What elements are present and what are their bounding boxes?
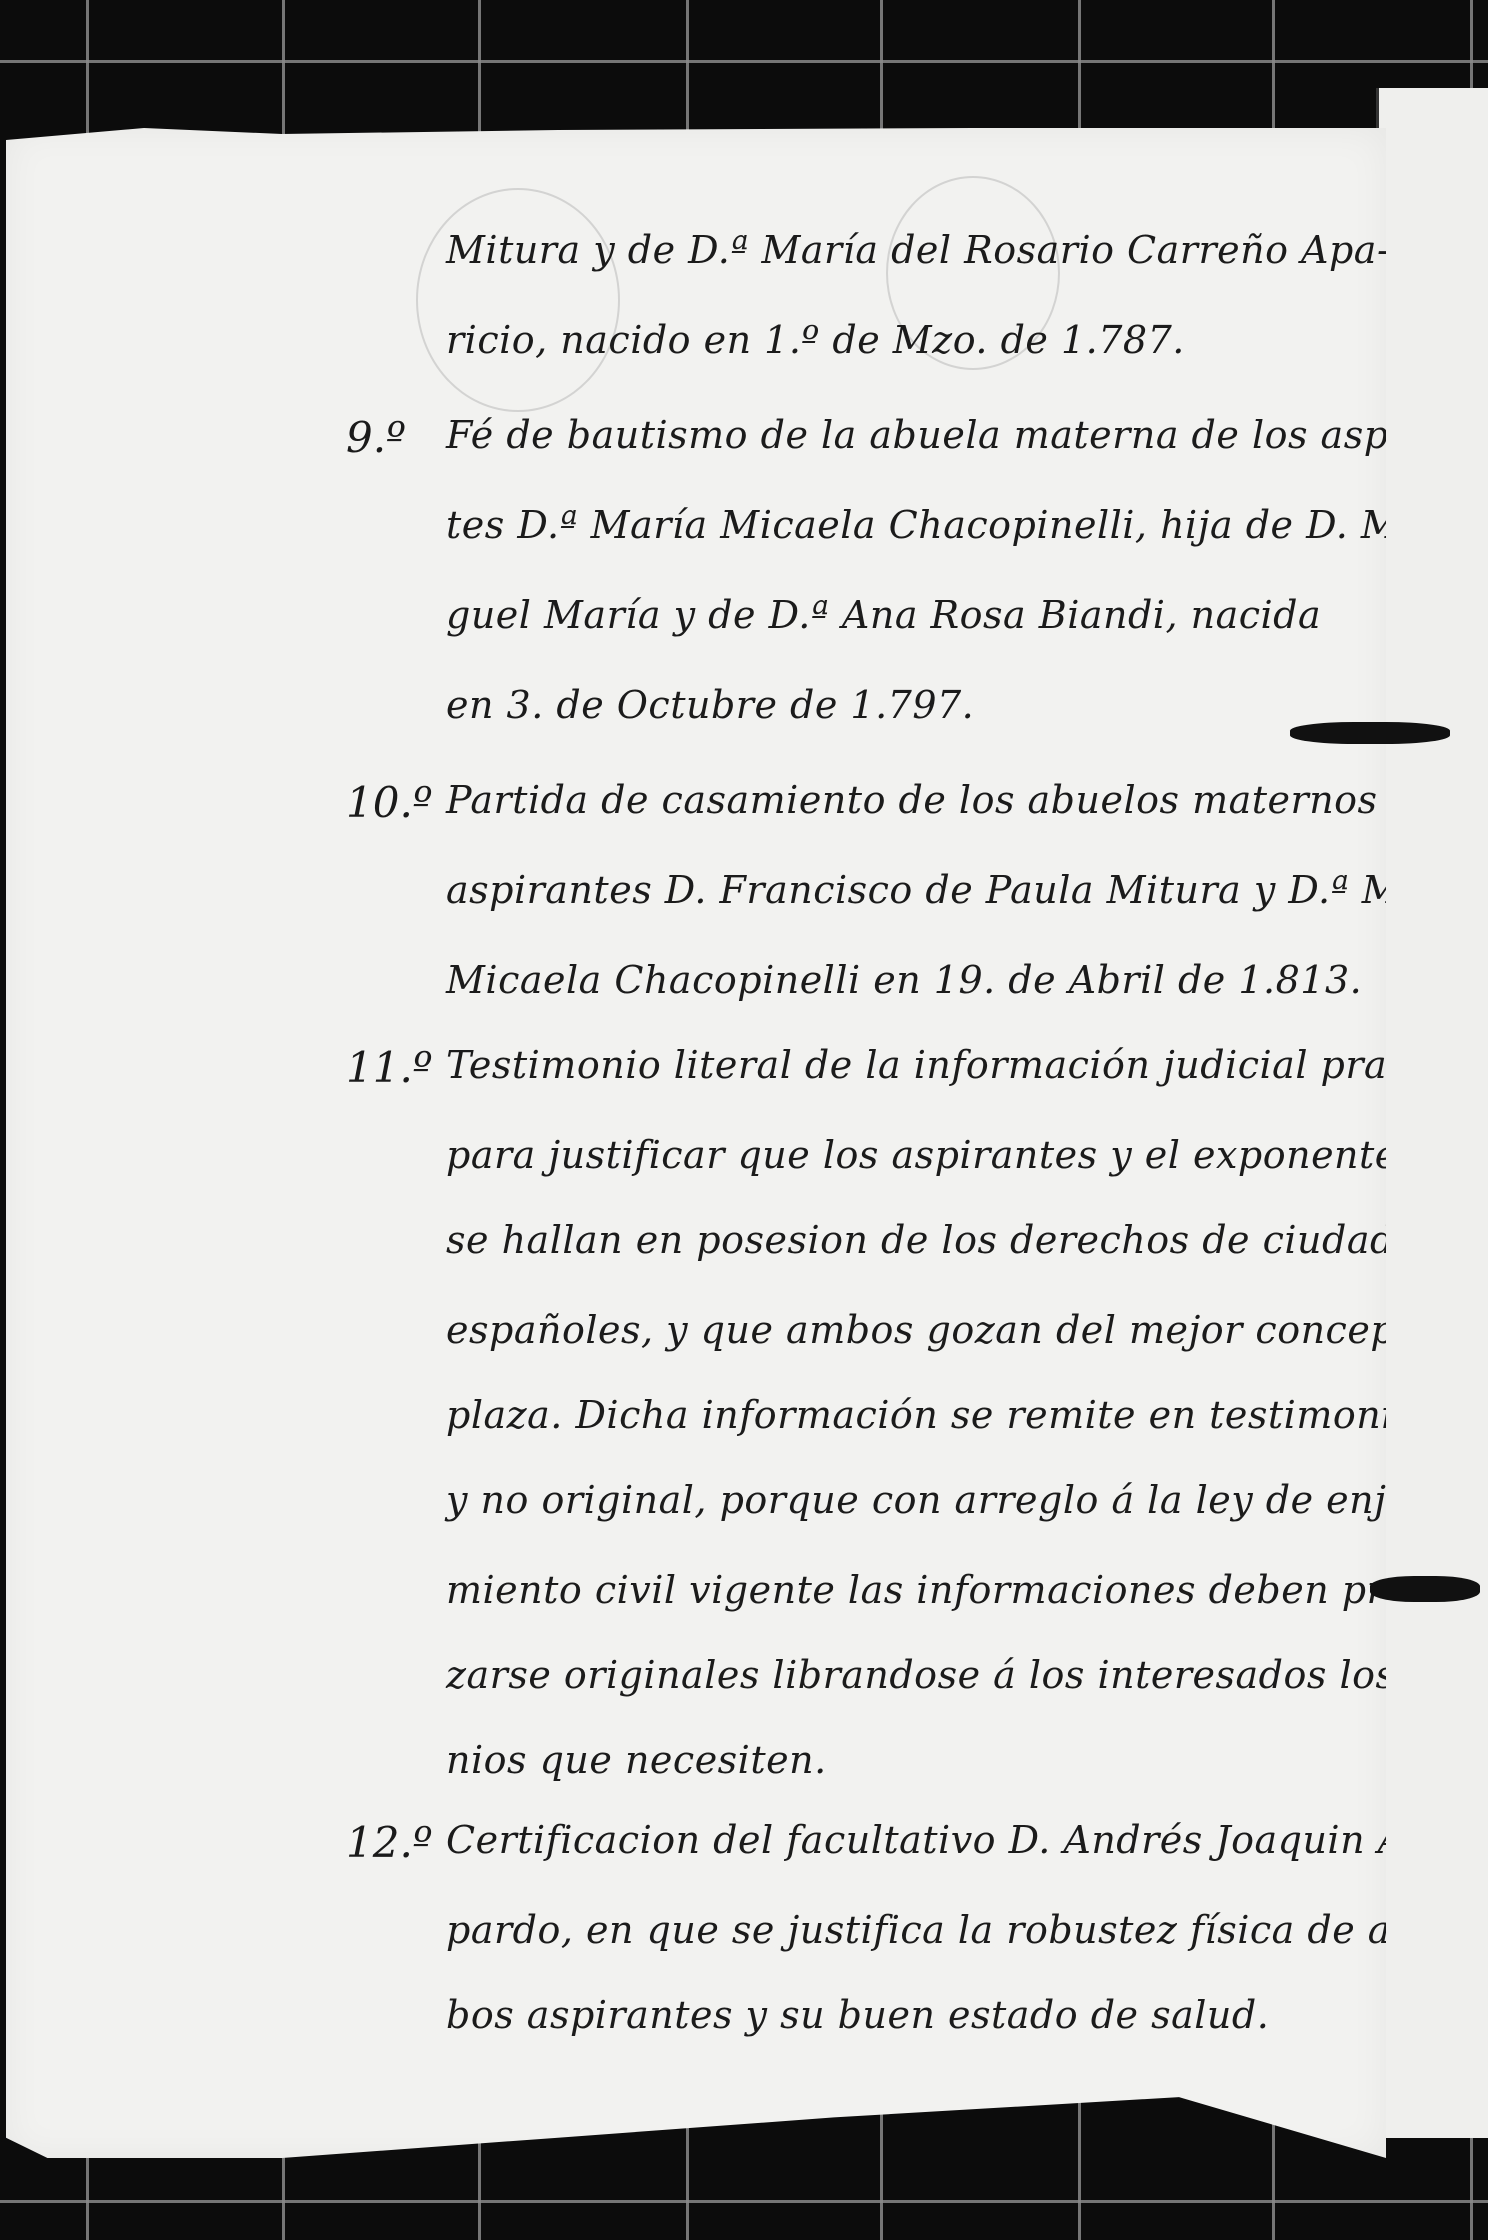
entry-line: zarse originales librandose á los intere…: [446, 1653, 1488, 1697]
binding-tear-upper: [1290, 722, 1450, 744]
entry-line: se hallan en posesion de los derechos de…: [446, 1218, 1486, 1262]
entry-line: Testimonio literal de la información jud…: [446, 1043, 1488, 1087]
entry-line: pardo, en que se justifica la robustez f…: [446, 1908, 1441, 1952]
manuscript-page: Mitura y de D.ª María del Rosario Carreñ…: [6, 128, 1386, 2158]
entry-line: en 3. de Octubre de 1.797.: [446, 683, 974, 727]
entry-line: tes D.ª María Micaela Chacopinelli, hija…: [446, 503, 1426, 547]
entry-line: Fé de bautismo de la abuela materna de l…: [446, 413, 1481, 457]
entry-number: 10.º: [346, 778, 433, 827]
entry-line: Partida de casamiento de los abuelos mat…: [446, 778, 1488, 822]
entry-line: aspirantes D. Francisco de Paula Mitura …: [446, 868, 1479, 912]
entry-line: bos aspirantes y su buen estado de salud…: [446, 1993, 1269, 2037]
entry-line: plaza. Dicha información se remite en te…: [446, 1393, 1417, 1437]
entry-number: 12.º: [346, 1818, 433, 1867]
seal-stamp-left: [416, 188, 620, 412]
entry-line: y no original, porque con arreglo á la l…: [446, 1478, 1488, 1522]
entry-line: españoles, y que ambos gozan del mejor c…: [446, 1308, 1488, 1352]
entry-line: Micaela Chacopinelli en 19. de Abril de …: [446, 958, 1362, 1002]
entry-line: miento civil vigente las informaciones d…: [446, 1568, 1488, 1612]
entry-line: nios que necesiten.: [446, 1738, 827, 1782]
entry-line: para justificar que los aspirantes y el …: [446, 1133, 1488, 1177]
binding-tear-lower: [1370, 1576, 1480, 1602]
opening-line-1: Mitura y de D.ª María del Rosario Carreñ…: [446, 228, 1390, 272]
opening-line-2: ricio, nacido en 1.º de Mzo. de 1.787.: [446, 318, 1185, 362]
entry-line: guel María y de D.ª Ana Rosa Biandi, nac…: [446, 593, 1321, 637]
entry-number: 9.º: [346, 413, 406, 462]
entry-number: 11.º: [346, 1043, 433, 1092]
entry-line: Certificacion del facultativo D. Andrés …: [446, 1818, 1461, 1862]
facing-page-edge: [1376, 88, 1488, 2138]
